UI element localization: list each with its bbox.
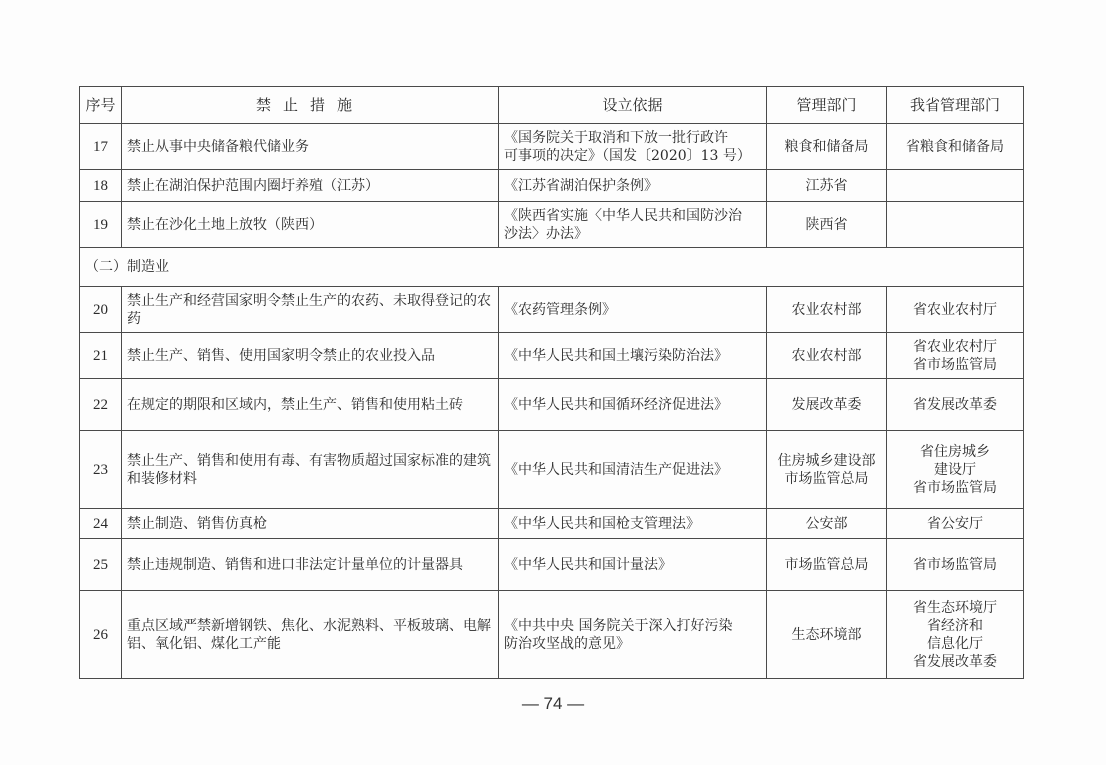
table-row: 26重点区域严禁新增钢铁、焦化、水泥熟料、平板玻璃、电解铝、氧化铝、煤化工产能《… xyxy=(80,591,1024,679)
prov-line: 省市场监管局 xyxy=(892,479,1018,497)
header-dept: 管理部门 xyxy=(767,87,887,124)
prov-line: 省经济和 xyxy=(892,617,1018,635)
basis-cell: 《中华人民共和国计量法》 xyxy=(499,539,767,591)
basis-line: 《中共中央 国务院关于深入打好污染 xyxy=(504,617,761,635)
section-row: （二）制造业 xyxy=(80,248,1024,287)
basis-cell: 《中华人民共和国清洁生产促进法》 xyxy=(499,431,767,509)
dept-line: 住房城乡建设部 xyxy=(772,452,881,470)
table-body-a: 17禁止从事中央储备粮代储业务《国务院关于取消和下放一批行政许可事项的决定》（国… xyxy=(80,124,1024,248)
table-row: 21禁止生产、销售、使用国家明令禁止的农业投入品《中华人民共和国土壤污染防治法》… xyxy=(80,333,1024,379)
prov-line: 省农业农村厅 xyxy=(892,338,1018,356)
basis-cell: 《江苏省湖泊保护条例》 xyxy=(499,170,767,202)
prov-cell: 省生态环境厅省经济和信息化厅省发展改革委 xyxy=(887,591,1024,679)
prov-cell: 省发展改革委 xyxy=(887,379,1024,431)
row-number: 20 xyxy=(80,287,122,333)
dept-line: 粮食和储备局 xyxy=(772,138,881,156)
basis-line: 《中华人民共和国枪支管理法》 xyxy=(504,515,761,533)
measure-cell: 禁止生产、销售、使用国家明令禁止的农业投入品 xyxy=(122,333,499,379)
prov-cell: 省市场监管局 xyxy=(887,539,1024,591)
row-number: 24 xyxy=(80,509,122,539)
dept-line: 陕西省 xyxy=(772,216,881,234)
table-row: 20禁止生产和经营国家明令禁止生产的农药、未取得登记的农药《农药管理条例》农业农… xyxy=(80,287,1024,333)
header-num: 序号 xyxy=(80,87,122,124)
prov-cell xyxy=(887,202,1024,248)
basis-line: 《国务院关于取消和下放一批行政许 xyxy=(504,129,761,147)
dept-cell: 农业农村部 xyxy=(767,333,887,379)
table-row: 18禁止在湖泊保护范围内圈圩养殖（江苏）《江苏省湖泊保护条例》江苏省 xyxy=(80,170,1024,202)
basis-cell: 《中华人民共和国循环经济促进法》 xyxy=(499,379,767,431)
table-row: 23禁止生产、销售和使用有毒、有害物质超过国家标准的建筑和装修材料《中华人民共和… xyxy=(80,431,1024,509)
measure-cell: 禁止在湖泊保护范围内圈圩养殖（江苏） xyxy=(122,170,499,202)
prov-line: 省市场监管局 xyxy=(892,556,1018,574)
dept-line: 生态环境部 xyxy=(772,626,881,644)
table-row: 22在规定的期限和区域内，禁止生产、销售和使用粘土砖《中华人民共和国循环经济促进… xyxy=(80,379,1024,431)
basis-line: 可事项的决定》（国发〔2020〕13 号） xyxy=(504,147,761,165)
basis-cell: 《中华人民共和国土壤污染防治法》 xyxy=(499,333,767,379)
prov-line: 省农业农村厅 xyxy=(892,301,1018,319)
measure-cell: 禁止生产和经营国家明令禁止生产的农药、未取得登记的农药 xyxy=(122,287,499,333)
dept-cell: 市场监管总局 xyxy=(767,539,887,591)
basis-cell: 《中华人民共和国枪支管理法》 xyxy=(499,509,767,539)
measure-cell: 重点区域严禁新增钢铁、焦化、水泥熟料、平板玻璃、电解铝、氧化铝、煤化工产能 xyxy=(122,591,499,679)
dept-line: 江苏省 xyxy=(772,177,881,195)
basis-line: 防治攻坚战的意见》 xyxy=(504,635,761,653)
table-row: 17禁止从事中央储备粮代储业务《国务院关于取消和下放一批行政许可事项的决定》（国… xyxy=(80,124,1024,170)
dept-cell: 农业农村部 xyxy=(767,287,887,333)
prov-cell: 省农业农村厅 xyxy=(887,287,1024,333)
measure-cell: 禁止在沙化土地上放牧（陕西） xyxy=(122,202,499,248)
dept-line: 发展改革委 xyxy=(772,396,881,414)
row-number: 25 xyxy=(80,539,122,591)
basis-line: 《陕西省实施〈中华人民共和国防沙治 xyxy=(504,207,761,225)
document-page: 序号 禁止措施 设立依据 管理部门 我省管理部门 17禁止从事中央储备粮代储业务… xyxy=(0,0,1106,765)
basis-cell: 《陕西省实施〈中华人民共和国防沙治沙法〉办法》 xyxy=(499,202,767,248)
prov-line: 信息化厅 xyxy=(892,635,1018,653)
table-body-b: 20禁止生产和经营国家明令禁止生产的农药、未取得登记的农药《农药管理条例》农业农… xyxy=(80,287,1024,679)
dept-cell: 陕西省 xyxy=(767,202,887,248)
dept-line: 农业农村部 xyxy=(772,347,881,365)
measure-cell: 在规定的期限和区域内，禁止生产、销售和使用粘土砖 xyxy=(122,379,499,431)
dept-cell: 粮食和储备局 xyxy=(767,124,887,170)
page-number: — 74 — xyxy=(0,694,1106,714)
measure-cell: 禁止违规制造、销售和进口非法定计量单位的计量器具 xyxy=(122,539,499,591)
header-measure: 禁止措施 xyxy=(122,87,499,124)
prov-cell: 省农业农村厅省市场监管局 xyxy=(887,333,1024,379)
basis-line: 《中华人民共和国循环经济促进法》 xyxy=(504,396,761,414)
row-number: 26 xyxy=(80,591,122,679)
prov-line: 省住房城乡 xyxy=(892,443,1018,461)
row-number: 22 xyxy=(80,379,122,431)
prov-line: 省生态环境厅 xyxy=(892,599,1018,617)
prov-line: 建设厅 xyxy=(892,461,1018,479)
dept-cell: 住房城乡建设部市场监管总局 xyxy=(767,431,887,509)
table-row: 25禁止违规制造、销售和进口非法定计量单位的计量器具《中华人民共和国计量法》市场… xyxy=(80,539,1024,591)
prov-cell: 省公安厅 xyxy=(887,509,1024,539)
row-number: 23 xyxy=(80,431,122,509)
dept-line: 市场监管总局 xyxy=(772,556,881,574)
basis-line: 《中华人民共和国清洁生产促进法》 xyxy=(504,461,761,479)
basis-line: 《江苏省湖泊保护条例》 xyxy=(504,177,761,195)
prov-cell: 省粮食和储备局 xyxy=(887,124,1024,170)
section-heading-manufacturing: （二）制造业 xyxy=(80,248,1024,287)
prov-cell xyxy=(887,170,1024,202)
dept-cell: 发展改革委 xyxy=(767,379,887,431)
basis-cell: 《国务院关于取消和下放一批行政许可事项的决定》（国发〔2020〕13 号） xyxy=(499,124,767,170)
basis-cell: 《中共中央 国务院关于深入打好污染防治攻坚战的意见》 xyxy=(499,591,767,679)
section-row-group: （二）制造业 xyxy=(80,248,1024,287)
header-basis: 设立依据 xyxy=(499,87,767,124)
row-number: 19 xyxy=(80,202,122,248)
prov-line: 省发展改革委 xyxy=(892,653,1018,671)
dept-line: 市场监管总局 xyxy=(772,470,881,488)
dept-cell: 公安部 xyxy=(767,509,887,539)
basis-line: 《中华人民共和国土壤污染防治法》 xyxy=(504,347,761,365)
prov-cell: 省住房城乡建设厅省市场监管局 xyxy=(887,431,1024,509)
table-header-row: 序号 禁止措施 设立依据 管理部门 我省管理部门 xyxy=(80,87,1024,124)
header-prov: 我省管理部门 xyxy=(887,87,1024,124)
measure-cell: 禁止从事中央储备粮代储业务 xyxy=(122,124,499,170)
prov-line: 省发展改革委 xyxy=(892,396,1018,414)
row-number: 21 xyxy=(80,333,122,379)
measure-cell: 禁止制造、销售仿真枪 xyxy=(122,509,499,539)
row-number: 18 xyxy=(80,170,122,202)
dept-cell: 江苏省 xyxy=(767,170,887,202)
table-row: 19禁止在沙化土地上放牧（陕西）《陕西省实施〈中华人民共和国防沙治沙法〉办法》陕… xyxy=(80,202,1024,248)
prov-line: 省市场监管局 xyxy=(892,356,1018,374)
prohibition-measures-table: 序号 禁止措施 设立依据 管理部门 我省管理部门 17禁止从事中央储备粮代储业务… xyxy=(79,86,1024,679)
table-row: 24禁止制造、销售仿真枪《中华人民共和国枪支管理法》公安部省公安厅 xyxy=(80,509,1024,539)
basis-line: 《农药管理条例》 xyxy=(504,301,761,319)
basis-line: 沙法〉办法》 xyxy=(504,225,761,243)
dept-line: 公安部 xyxy=(772,515,881,533)
measure-cell: 禁止生产、销售和使用有毒、有害物质超过国家标准的建筑和装修材料 xyxy=(122,431,499,509)
dept-cell: 生态环境部 xyxy=(767,591,887,679)
dept-line: 农业农村部 xyxy=(772,301,881,319)
prov-line: 省公安厅 xyxy=(892,515,1018,533)
basis-line: 《中华人民共和国计量法》 xyxy=(504,556,761,574)
row-number: 17 xyxy=(80,124,122,170)
basis-cell: 《农药管理条例》 xyxy=(499,287,767,333)
prov-line: 省粮食和储备局 xyxy=(892,138,1018,156)
